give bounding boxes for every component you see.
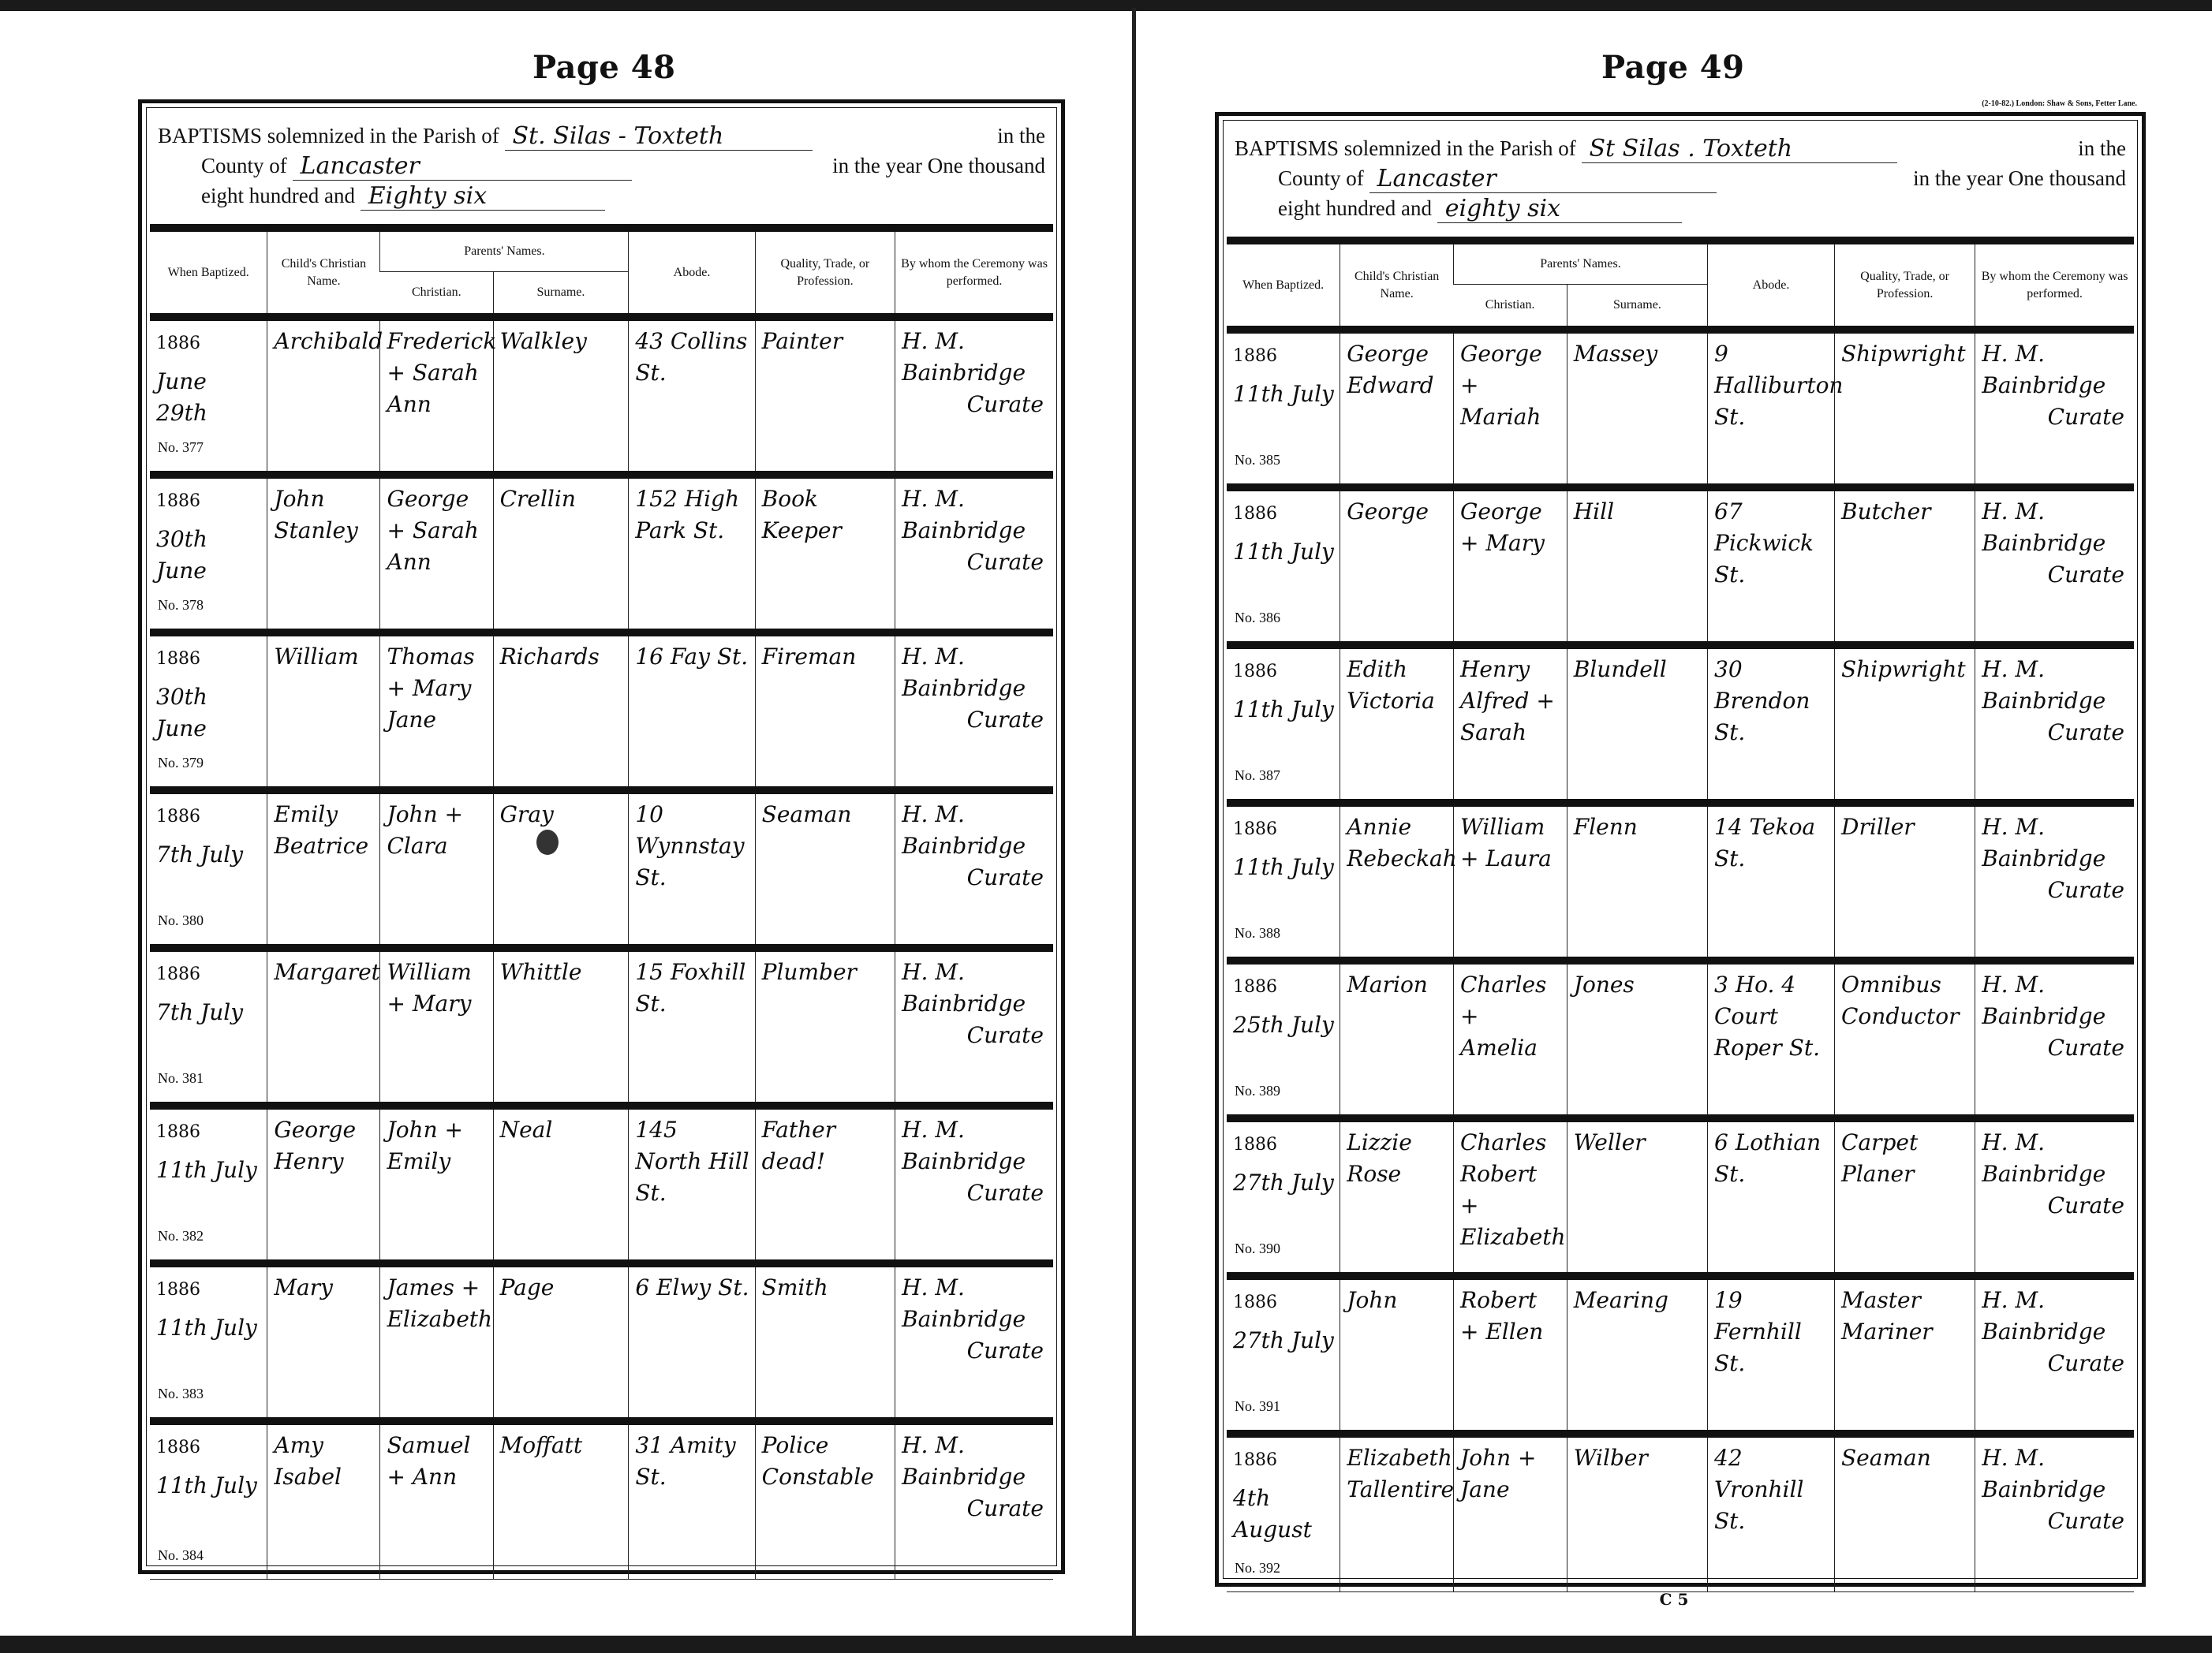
officiant-title: Curate xyxy=(1982,1190,2129,1222)
officiant-title: Curate xyxy=(1982,1348,2129,1379)
entry-number: No. 379 xyxy=(158,747,204,778)
parents-christian-cell: Frederick + Sarah Ann xyxy=(380,317,493,475)
abode-cell: 42 Vronhill St. xyxy=(1708,1434,1835,1591)
abode-cell: 15 Foxhill St. xyxy=(629,948,755,1106)
entry-year: 1886 xyxy=(1233,504,1277,524)
when-baptized-cell: 1886 27th July No. 391 xyxy=(1227,1276,1340,1434)
entry-date: 27th July xyxy=(1233,1325,1335,1356)
profession-cell: Book Keeper xyxy=(755,475,895,632)
heading-rule xyxy=(1227,237,2134,244)
entry-year: 1886 xyxy=(1233,1293,1277,1312)
parents-surname-cell: Flenn xyxy=(1567,803,1707,961)
entry-date: 11th July xyxy=(1233,379,1335,410)
officiant-cell: H. M. Bainbridge Curate xyxy=(895,1421,1053,1579)
abode-cell: 43 Collins St. xyxy=(629,317,755,475)
parents-christian-cell: George + Sarah Ann xyxy=(380,475,493,632)
year-words-field: eighty six xyxy=(1437,196,1682,223)
parents-christian-cell: John + Clara xyxy=(380,790,493,948)
profession-cell: Seaman xyxy=(755,790,895,948)
officiant-title: Curate xyxy=(1982,1506,2129,1537)
entry-number: No. 387 xyxy=(1235,759,1280,791)
abode-cell: 30 Brendon St. xyxy=(1708,645,1835,803)
entry-number: No. 392 xyxy=(1235,1552,1280,1584)
parents-surname-cell: Hill xyxy=(1567,487,1707,645)
abode-cell: 6 Lothian St. xyxy=(1708,1118,1835,1276)
entry-number: No. 391 xyxy=(1235,1390,1280,1422)
child-name-cell: Mary xyxy=(267,1263,380,1421)
entry-year: 1886 xyxy=(156,1280,200,1300)
child-name-cell: Marion xyxy=(1340,961,1454,1118)
baptism-register-table: When Baptized. Child's Christian Name. P… xyxy=(1227,244,2134,1592)
register-entry: 1886 7th July No. 381 Margaret William +… xyxy=(150,948,1053,1106)
parents-christian-cell: Henry Alfred + Sarah xyxy=(1454,645,1567,803)
abode-cell: 10 Wynnstay St. xyxy=(629,790,755,948)
officiant-title: Curate xyxy=(902,1335,1048,1367)
officiant-title: Curate xyxy=(1982,401,2129,433)
entry-date: 4th August xyxy=(1233,1483,1335,1546)
officiant-cell: H. M. Bainbridge Curate xyxy=(895,317,1053,475)
eight-hundred-label: eight hundred and xyxy=(201,184,355,207)
officiant-title: Curate xyxy=(902,547,1048,578)
register-page-48: Page 48 BAPTISMS solemnized in the Paris… xyxy=(0,11,1132,1636)
profession-cell: Painter xyxy=(755,317,895,475)
register-entry: 1886 11th July No. 382 George Henry John… xyxy=(150,1106,1053,1263)
register-entry: 1886 11th July No. 388 Annie Rebeckah Wi… xyxy=(1227,803,2134,961)
entry-number: No. 378 xyxy=(158,589,204,621)
profession-cell: Omnibus Conductor xyxy=(1835,961,1975,1118)
register-entry: 1886 11th July No. 384 Amy Isabel Samuel… xyxy=(150,1421,1053,1579)
eight-hundred-label: eight hundred and xyxy=(1278,196,1432,220)
child-name-cell: Archibald xyxy=(267,317,380,475)
book-bottom-edge xyxy=(0,1636,2212,1653)
when-baptized-cell: 1886 11th July No. 385 xyxy=(1227,330,1340,487)
officiant-signature: H. M. Bainbridge xyxy=(1982,969,2129,1032)
ink-blot xyxy=(536,830,559,855)
abode-cell: 152 High Park St. xyxy=(629,475,755,632)
when-baptized-cell: 1886 30th June No. 378 xyxy=(150,475,267,632)
officiant-title: Curate xyxy=(902,1493,1048,1524)
officiant-cell: H. M. Bainbridge Curate xyxy=(895,790,1053,948)
officiant-signature: H. M. Bainbridge xyxy=(1982,812,2129,875)
register-entry: 1886 27th July No. 390 Lizzie Rose Charl… xyxy=(1227,1118,2134,1276)
entry-date: 11th July xyxy=(156,1155,262,1186)
parents-christian-cell: Charles Robert + Elizabeth xyxy=(1454,1118,1567,1276)
profession-cell: Shipwright xyxy=(1835,645,1975,803)
page-number: Page 49 xyxy=(1601,49,1744,86)
parents-surname-cell: Whittle xyxy=(493,948,629,1106)
parents-christian-cell: Robert + Ellen xyxy=(1454,1276,1567,1434)
entry-number: No. 386 xyxy=(1235,602,1280,633)
abode-cell: 67 Pickwick St. xyxy=(1708,487,1835,645)
parents-surname-cell: Jones xyxy=(1567,961,1707,1118)
entry-number: No. 383 xyxy=(158,1378,204,1409)
col-parents-names: Parents' Names. xyxy=(1454,244,1708,285)
entry-number: No. 390 xyxy=(1235,1233,1280,1264)
entry-year: 1886 xyxy=(1233,1135,1277,1155)
entry-date: 11th July xyxy=(1233,694,1335,726)
abode-cell: 14 Tekoa St. xyxy=(1708,803,1835,961)
officiant-signature: H. M. Bainbridge xyxy=(902,1430,1048,1493)
when-baptized-cell: 1886 4th August No. 392 xyxy=(1227,1434,1340,1591)
officiant-cell: H. M. Bainbridge Curate xyxy=(895,948,1053,1106)
officiant-title: Curate xyxy=(902,704,1048,736)
officiant-signature: H. M. Bainbridge xyxy=(1982,496,2129,559)
child-name-cell: George Edward xyxy=(1340,330,1454,487)
officiant-cell: H. M. Bainbridge Curate xyxy=(1975,487,2134,645)
register-entry: 1886 30th June No. 378 John Stanley Geor… xyxy=(150,475,1053,632)
entry-date: 11th July xyxy=(1233,852,1335,883)
entries: 1886 11th July No. 385 George Edward Geo… xyxy=(1227,330,2134,1591)
entry-year: 1886 xyxy=(156,807,200,826)
parents-christian-cell: George + Mary xyxy=(1454,487,1567,645)
parents-surname-cell: Moffatt xyxy=(493,1421,629,1579)
child-name-cell: Emily Beatrice xyxy=(267,790,380,948)
profession-cell: Plumber xyxy=(755,948,895,1106)
when-baptized-cell: 1886 June 29th No. 377 xyxy=(150,317,267,475)
col-by-whom: By whom the Ceremony was performed. xyxy=(895,232,1053,317)
abode-cell: 3 Ho. 4 Court Roper St. xyxy=(1708,961,1835,1118)
parish-field: St Silas . Toxteth xyxy=(1582,136,1897,163)
child-name-cell: Lizzie Rose xyxy=(1340,1118,1454,1276)
officiant-cell: H. M. Bainbridge Curate xyxy=(1975,1434,2134,1591)
when-baptized-cell: 1886 7th July No. 381 xyxy=(150,948,267,1106)
register-entry: 1886 June 29th No. 377 Archibald Frederi… xyxy=(150,317,1053,475)
parents-christian-cell: William + Mary xyxy=(380,948,493,1106)
when-baptized-cell: 1886 11th July No. 382 xyxy=(150,1106,267,1263)
when-baptized-cell: 1886 27th July No. 390 xyxy=(1227,1118,1340,1276)
when-baptized-cell: 1886 7th July No. 380 xyxy=(150,790,267,948)
col-parents-surname: Surname. xyxy=(493,272,629,318)
entry-year: 1886 xyxy=(156,965,200,984)
heading-prefix: BAPTISMS solemnized in the Parish of xyxy=(158,124,499,147)
parents-surname-cell: Mearing xyxy=(1567,1276,1707,1434)
year-label: in the year One thousand xyxy=(1913,163,2126,193)
col-child-name: Child's Christian Name. xyxy=(267,232,380,317)
parents-surname-cell: Richards xyxy=(493,632,629,790)
officiant-title: Curate xyxy=(902,389,1048,420)
entry-number: No. 380 xyxy=(158,905,204,936)
col-when-baptized: When Baptized. xyxy=(150,232,267,317)
officiant-signature: H. M. Bainbridge xyxy=(902,799,1048,862)
officiant-cell: H. M. Bainbridge Curate xyxy=(1975,1276,2134,1434)
officiant-cell: H. M. Bainbridge Curate xyxy=(895,1263,1053,1421)
child-name-cell: Elizabeth Tallentire xyxy=(1340,1434,1454,1591)
when-baptized-cell: 1886 11th July No. 387 xyxy=(1227,645,1340,803)
county-field: Lancaster xyxy=(1369,166,1717,193)
heading-in-the: in the xyxy=(997,121,1045,151)
officiant-signature: H. M. Bainbridge xyxy=(902,1114,1048,1177)
officiant-title: Curate xyxy=(1982,875,2129,906)
entry-date: June 29th xyxy=(156,366,262,429)
col-parents-christian: Christian. xyxy=(1454,285,1567,330)
page-number: Page 48 xyxy=(532,49,675,86)
register-frame: BAPTISMS solemnized in the Parish of St.… xyxy=(138,99,1065,1574)
col-quality: Quality, Trade, or Profession. xyxy=(755,232,895,317)
child-name-cell: Amy Isabel xyxy=(267,1421,380,1579)
county-label: County of xyxy=(201,154,287,177)
register-entry: 1886 27th July No. 391 John Robert + Ell… xyxy=(1227,1276,2134,1434)
entry-date: 7th July xyxy=(156,997,262,1028)
officiant-signature: H. M. Bainbridge xyxy=(902,1272,1048,1335)
officiant-signature: H. M. Bainbridge xyxy=(902,957,1048,1020)
year-label: in the year One thousand xyxy=(832,151,1045,181)
officiant-cell: H. M. Bainbridge Curate xyxy=(1975,961,2134,1118)
child-name-cell: John Stanley xyxy=(267,475,380,632)
entry-year: 1886 xyxy=(156,1122,200,1142)
entry-number: No. 384 xyxy=(158,1539,204,1571)
when-baptized-cell: 1886 11th July No. 388 xyxy=(1227,803,1340,961)
profession-cell: Driller xyxy=(1835,803,1975,961)
col-parents-surname: Surname. xyxy=(1567,285,1707,330)
parents-surname-cell: Wilber xyxy=(1567,1434,1707,1591)
register-frame: BAPTISMS solemnized in the Parish of St … xyxy=(1215,112,2146,1587)
officiant-signature: H. M. Bainbridge xyxy=(1982,1285,2129,1348)
officiant-cell: H. M. Bainbridge Curate xyxy=(1975,645,2134,803)
heading-in-the: in the xyxy=(2078,133,2126,163)
register-entry: 1886 11th July No. 386 George George + M… xyxy=(1227,487,2134,645)
col-child-name: Child's Christian Name. xyxy=(1340,244,1454,330)
register-entry: 1886 11th July No. 383 Mary James + Eliz… xyxy=(150,1263,1053,1421)
heading-rule xyxy=(150,224,1053,232)
entry-number: No. 388 xyxy=(1235,917,1280,949)
parents-christian-cell: Samuel + Ann xyxy=(380,1421,493,1579)
entry-number: No. 382 xyxy=(158,1220,204,1252)
profession-cell: Seaman xyxy=(1835,1434,1975,1591)
parents-surname-cell: Neal xyxy=(493,1106,629,1263)
officiant-title: Curate xyxy=(1982,1032,2129,1064)
entry-year: 1886 xyxy=(156,491,200,511)
entry-year: 1886 xyxy=(1233,346,1277,366)
when-baptized-cell: 1886 25th July No. 389 xyxy=(1227,961,1340,1118)
entry-number: No. 377 xyxy=(158,431,204,463)
county-field: Lancaster xyxy=(293,153,632,181)
col-abode: Abode. xyxy=(629,232,755,317)
entry-date: 11th July xyxy=(1233,536,1335,568)
entry-year: 1886 xyxy=(1233,662,1277,681)
when-baptized-cell: 1886 11th July No. 386 xyxy=(1227,487,1340,645)
parents-surname-cell: Walkley xyxy=(493,317,629,475)
profession-cell: Shipwright xyxy=(1835,330,1975,487)
profession-cell: Carpet Planer xyxy=(1835,1118,1975,1276)
entry-date: 11th July xyxy=(156,1470,262,1502)
printer-imprint: (2-10-82.) London: Shaw & Sons, Fetter L… xyxy=(1982,99,2137,108)
parents-christian-cell: George + Mariah xyxy=(1454,330,1567,487)
entry-year: 1886 xyxy=(156,1438,200,1457)
entries: 1886 June 29th No. 377 Archibald Frederi… xyxy=(150,317,1053,1579)
heading-prefix: BAPTISMS solemnized in the Parish of xyxy=(1235,136,1576,160)
officiant-cell: H. M. Bainbridge Curate xyxy=(895,475,1053,632)
abode-cell: 9 Halliburton St. xyxy=(1708,330,1835,487)
entry-year: 1886 xyxy=(1233,1450,1277,1470)
col-abode: Abode. xyxy=(1708,244,1835,330)
profession-cell: Fireman xyxy=(755,632,895,790)
child-name-cell: John xyxy=(1340,1276,1454,1434)
entry-year: 1886 xyxy=(156,334,200,353)
child-name-cell: Edith Victoria xyxy=(1340,645,1454,803)
entry-year: 1886 xyxy=(1233,819,1277,839)
parents-christian-cell: Thomas + Mary Jane xyxy=(380,632,493,790)
county-label: County of xyxy=(1278,166,1364,190)
child-name-cell: George Henry xyxy=(267,1106,380,1263)
parents-surname-cell: Gray xyxy=(493,790,629,948)
child-name-cell: Margaret xyxy=(267,948,380,1106)
entry-year: 1886 xyxy=(156,649,200,669)
officiant-signature: H. M. Bainbridge xyxy=(902,326,1048,389)
profession-cell: Master Mariner xyxy=(1835,1276,1975,1434)
profession-cell: Smith xyxy=(755,1263,895,1421)
officiant-signature: H. M. Bainbridge xyxy=(1982,654,2129,717)
entry-date: 27th July xyxy=(1233,1167,1335,1199)
abode-cell: 145 North Hill St. xyxy=(629,1106,755,1263)
entry-number: No. 381 xyxy=(158,1062,204,1094)
parents-surname-cell: Blundell xyxy=(1567,645,1707,803)
officiant-cell: H. M. Bainbridge Curate xyxy=(1975,803,2134,961)
parents-surname-cell: Massey xyxy=(1567,330,1707,487)
officiant-signature: H. M. Bainbridge xyxy=(1982,1442,2129,1506)
register-entry: 1886 25th July No. 389 Marion Charles + … xyxy=(1227,961,2134,1118)
parents-surname-cell: Page xyxy=(493,1263,629,1421)
entry-date: 11th July xyxy=(156,1312,262,1344)
officiant-signature: H. M. Bainbridge xyxy=(902,483,1048,547)
abode-cell: 6 Elwy St. xyxy=(629,1263,755,1421)
officiant-cell: H. M. Bainbridge Curate xyxy=(1975,1118,2134,1276)
abode-cell: 31 Amity St. xyxy=(629,1421,755,1579)
entry-year: 1886 xyxy=(1233,977,1277,997)
parents-surname-cell: Crellin xyxy=(493,475,629,632)
entry-date: 7th July xyxy=(156,839,262,871)
col-parents-names: Parents' Names. xyxy=(380,232,629,272)
child-name-cell: William xyxy=(267,632,380,790)
book-top-edge xyxy=(0,0,2212,11)
child-name-cell: Annie Rebeckah xyxy=(1340,803,1454,961)
signature-mark: C 5 xyxy=(1136,1590,2212,1609)
officiant-title: Curate xyxy=(902,862,1048,894)
parents-christian-cell: Charles + Amelia xyxy=(1454,961,1567,1118)
officiant-title: Curate xyxy=(902,1020,1048,1051)
officiant-cell: H. M. Bainbridge Curate xyxy=(895,1106,1053,1263)
child-name-cell: George xyxy=(1340,487,1454,645)
register-entry: 1886 7th July No. 380 Emily Beatrice Joh… xyxy=(150,790,1053,948)
parents-christian-cell: William + Laura xyxy=(1454,803,1567,961)
officiant-cell: H. M. Bainbridge Curate xyxy=(895,632,1053,790)
baptism-register-table: When Baptized. Child's Christian Name. P… xyxy=(150,232,1053,1580)
profession-cell: Father dead! xyxy=(755,1106,895,1263)
officiant-title: Curate xyxy=(902,1177,1048,1209)
year-words-field: Eighty six xyxy=(361,183,605,211)
parents-christian-cell: James + Elizabeth xyxy=(380,1263,493,1421)
entry-number: No. 385 xyxy=(1235,444,1280,476)
register-entry: 1886 30th June No. 379 William Thomas + … xyxy=(150,632,1053,790)
col-quality: Quality, Trade, or Profession. xyxy=(1835,244,1975,330)
entry-date: 30th June xyxy=(156,524,262,587)
officiant-signature: H. M. Bainbridge xyxy=(1982,1127,2129,1190)
parish-field: St. Silas - Toxteth xyxy=(505,123,813,151)
col-when-baptized: When Baptized. xyxy=(1227,244,1340,330)
parents-christian-cell: John + Emily xyxy=(380,1106,493,1263)
register-entry: 1886 4th August No. 392 Elizabeth Tallen… xyxy=(1227,1434,2134,1591)
profession-cell: Butcher xyxy=(1835,487,1975,645)
register-entry: 1886 11th July No. 385 George Edward Geo… xyxy=(1227,330,2134,487)
entry-date: 25th July xyxy=(1233,1009,1335,1041)
profession-cell: Police Constable xyxy=(755,1421,895,1579)
officiant-signature: H. M. Bainbridge xyxy=(902,641,1048,704)
when-baptized-cell: 1886 11th July No. 384 xyxy=(150,1421,267,1579)
officiant-title: Curate xyxy=(1982,559,2129,591)
when-baptized-cell: 1886 30th June No. 379 xyxy=(150,632,267,790)
abode-cell: 19 Fernhill St. xyxy=(1708,1276,1835,1434)
col-by-whom: By whom the Ceremony was performed. xyxy=(1975,244,2134,330)
officiant-cell: H. M. Bainbridge Curate xyxy=(1975,330,2134,487)
parents-surname-cell: Weller xyxy=(1567,1118,1707,1276)
when-baptized-cell: 1886 11th July No. 383 xyxy=(150,1263,267,1421)
officiant-signature: H. M. Bainbridge xyxy=(1982,338,2129,401)
register-entry: 1886 11th July No. 387 Edith Victoria He… xyxy=(1227,645,2134,803)
parents-christian-cell: John + Jane xyxy=(1454,1434,1567,1591)
entry-date: 30th June xyxy=(156,681,262,744)
officiant-title: Curate xyxy=(1982,717,2129,748)
register-page-49: Page 49 (2-10-82.) London: Shaw & Sons, … xyxy=(1136,11,2212,1636)
abode-cell: 16 Fay St. xyxy=(629,632,755,790)
entry-number: No. 389 xyxy=(1235,1075,1280,1106)
col-parents-christian: Christian. xyxy=(380,272,493,318)
